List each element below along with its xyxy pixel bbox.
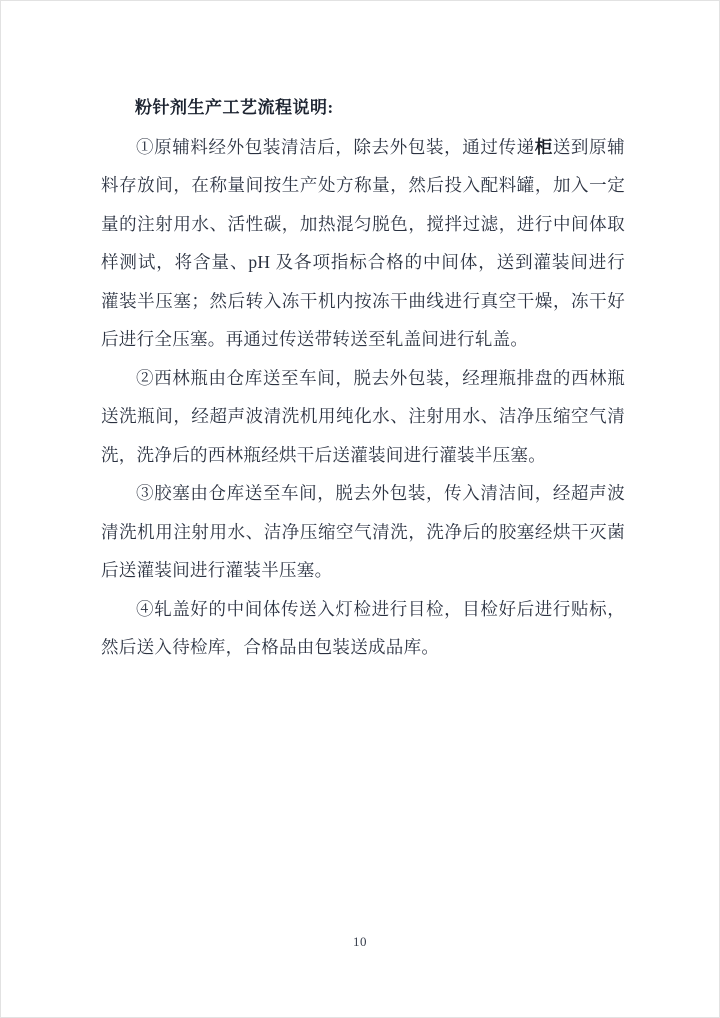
paragraph-1-text-before: ①原辅料经外包装清洁后，除去外包装，通过传递: [136, 137, 535, 157]
document-title: 粉针剂生产工艺流程说明:: [101, 89, 625, 128]
document-body: 粉针剂生产工艺流程说明: ①原辅料经外包装清洁后，除去外包装，通过传递柜送到原辅…: [101, 89, 625, 667]
paragraph-1-text-after: 送到原辅料存放间，在称量间按生产处方称量，然后投入配料罐，加入一定量的注射用水、…: [101, 137, 625, 350]
document-page: 粉针剂生产工艺流程说明: ①原辅料经外包装清洁后，除去外包装，通过传递柜送到原辅…: [0, 0, 720, 1018]
page-number: 10: [1, 934, 719, 950]
paragraph-4: ④轧盖好的中间体传送入灯检进行目检，目检好后进行贴标，然后送入待检库，合格品由包…: [101, 590, 625, 667]
paragraph-2: ②西林瓶由仓库送至车间，脱去外包装，经理瓶排盘的西林瓶送洗瓶间，经超声波清洗机用…: [101, 359, 625, 475]
paragraph-3: ③胶塞由仓库送至车间，脱去外包装，传入清洁间，经超声波清洗机用注射用水、洁净压缩…: [101, 474, 625, 590]
paragraph-1-substituted-font-char: 柜: [535, 137, 553, 157]
paragraph-1: ①原辅料经外包装清洁后，除去外包装，通过传递柜送到原辅料存放间，在称量间按生产处…: [101, 128, 625, 359]
